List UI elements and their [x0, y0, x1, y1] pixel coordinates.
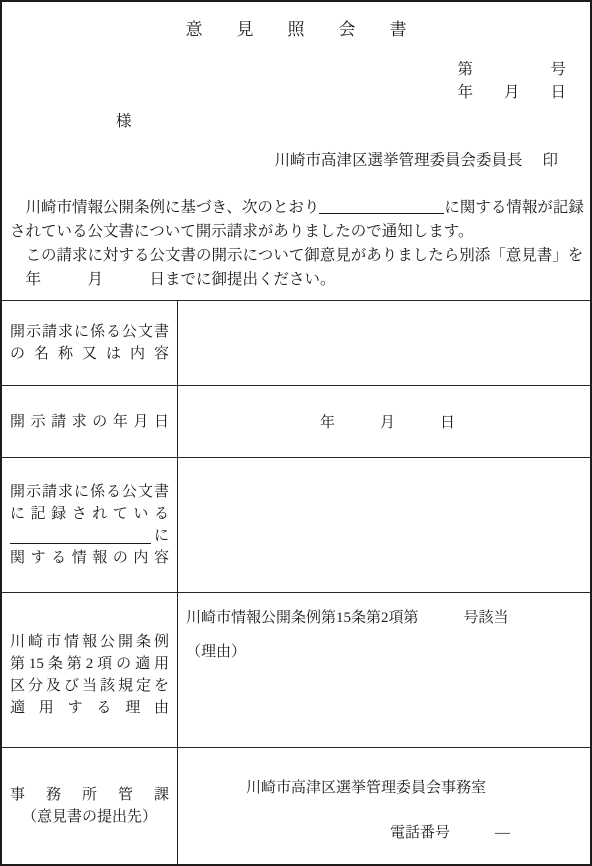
doc-date-line: 年 月 日 [457, 80, 566, 102]
notice-line-1: 川崎市情報公開条例に基づき、次のとおりに関する情報が記録 [10, 196, 584, 220]
table-row-office: 事務所管課 （意見書の提出先） 川崎市高津区選挙管理委員会事務室 電話番号 ― [2, 747, 590, 864]
row-value-request-date: 年 月 日 [178, 386, 590, 457]
row-label-reason: 川崎市情報公開条例 第15条第2項の適用 区分及び当該規定を 適用する理由 [2, 593, 178, 747]
row-value-reason: 川崎市情報公開条例第15条第2項第 号該当 （理由） [178, 593, 590, 747]
phone-number-line: 電話番号 ― [390, 821, 590, 842]
opinion-inquiry-form: 意 見 照 会 書 第 号 年 月 日 様 川崎市高津区選挙管理委員会委員長印 … [0, 0, 592, 866]
row-label-document-name: 開示請求に係る公文書 の名称又は内容 [2, 301, 178, 385]
office-name: 川崎市高津区選挙管理委員会事務室 [246, 776, 590, 797]
notice-line-2: されている公文書について開示請求がありましたので通知します。 [10, 220, 584, 244]
notice-paragraphs: 川崎市情報公開条例に基づき、次のとおりに関する情報が記録 されている公文書につい… [10, 196, 584, 292]
form-table: 開示請求に係る公文書 の名称又は内容 開示請求の年月日 年 月 日 開示請求に係… [2, 300, 590, 864]
row-label-recorded-info: 開示請求に係る公文書 に記録されている に 関する情報の内容 [2, 458, 178, 592]
row-label-office: 事務所管課 （意見書の提出先） [2, 748, 178, 864]
row-label-request-date: 開示請求の年月日 [2, 386, 178, 457]
seal-mark: 印 [542, 152, 558, 169]
label-blank-underline: に [10, 525, 169, 547]
reason-article-line: 川崎市情報公開条例第15条第2項第 号該当 [186, 606, 584, 627]
notice-line-4: 年 月 日までに御提出ください。 [10, 268, 584, 292]
table-row-document-name: 開示請求に係る公文書 の名称又は内容 [2, 300, 590, 385]
table-row-recorded-info: 開示請求に係る公文書 に記録されている に 関する情報の内容 [2, 457, 590, 592]
addressee-suffix: 様 [116, 109, 132, 131]
sender-name: 川崎市高津区選挙管理委員会委員長 [274, 152, 522, 169]
row-value-office: 川崎市高津区選挙管理委員会事務室 電話番号 ― [178, 748, 590, 864]
blank-underline-field [319, 197, 444, 214]
sender-line: 川崎市高津区選挙管理委員会委員長印 [274, 148, 558, 170]
table-row-request-date: 開示請求の年月日 年 月 日 [2, 385, 590, 457]
doc-number-line: 第 号 [457, 57, 566, 79]
row-value-document-name [178, 301, 590, 385]
document-title: 意 見 照 会 書 [2, 15, 590, 40]
underline-rule [10, 528, 151, 544]
row-value-recorded-info [178, 458, 590, 592]
reason-label: （理由） [186, 640, 584, 661]
notice-line-3: この請求に対する公文書の開示について御意見がありましたら別添「意見書」を [10, 244, 584, 268]
table-row-reason: 川崎市情報公開条例 第15条第2項の適用 区分及び当該規定を 適用する理由 川崎… [2, 592, 590, 747]
